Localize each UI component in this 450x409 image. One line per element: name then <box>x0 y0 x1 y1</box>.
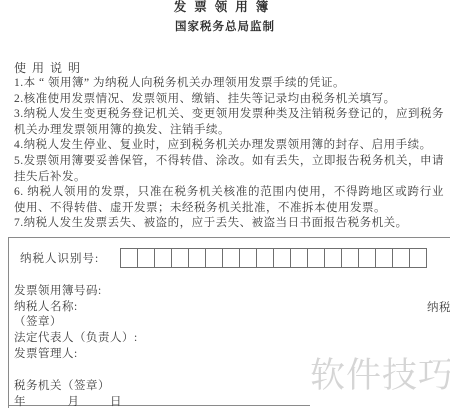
taxpayer-id-box <box>307 248 325 268</box>
taxpayer-id-box <box>409 248 427 268</box>
instruction-item: 3.纳税人发生变更税务登记机关、变更领用发票种类及注销税务登记的，应到税务机关办… <box>14 107 444 138</box>
invoice-manager-label: 发票管理人: <box>14 347 138 363</box>
taxpayer-id-box <box>120 248 138 268</box>
instruction-item: 2.核准使用发票情况、发票领用、缴销、挂失等记录均由税务机关填写。 <box>14 92 444 108</box>
form-fields: 发票领用簿号码: 纳税人名称: （签章） 法定代表人（负责人）: 发票管理人: <box>14 284 138 363</box>
document-subtitle: 国家税务总局监制 <box>0 18 450 34</box>
taxpayer-id-box <box>375 248 393 268</box>
tax-authority-seal-label: 税务机关（签章） <box>14 377 110 393</box>
legal-representative-label: 法定代表人（负责人）: <box>14 331 138 347</box>
taxpayer-id-box <box>392 248 410 268</box>
taxpayer-id-box <box>205 248 223 268</box>
instruction-item: 5.发票领用簿要妥善保管，不得转借、涂改。如有丢失，立即报告税务机关，申请挂失后… <box>14 154 444 185</box>
watermark-text: 软件技巧 <box>310 348 450 398</box>
taxpayer-id-box <box>358 248 376 268</box>
date-row: 年月日 <box>14 393 122 409</box>
taxpayer-id-boxes <box>120 248 426 268</box>
document-title: 发票领用簿 <box>0 0 450 15</box>
date-year-label: 年 <box>14 396 26 408</box>
taxpayer-id-box <box>273 248 291 268</box>
taxpayer-id-box <box>290 248 308 268</box>
taxpayer-id-box <box>171 248 189 268</box>
instruction-item: 7.纳税人发生发票丢失、被盗的，应于丢失、被盗当日书面报告税务机关。 <box>14 216 444 232</box>
right-edge-partial-text: 纳税 <box>427 299 450 315</box>
book-number-label: 发票领用簿号码: <box>14 284 138 300</box>
seal-label: （签章） <box>14 315 138 331</box>
taxpayer-id-box <box>222 248 240 268</box>
taxpayer-id-box <box>324 248 342 268</box>
instructions-list: 1.本 “ 领用簿” 为纳税人向税务机关办理领用发票手续的凭证。 2.核准使用发… <box>14 76 444 232</box>
document-page: 发票领用簿 国家税务总局监制 使用说明 1.本 “ 领用簿” 为纳税人向税务机关… <box>0 0 450 409</box>
date-month-label: 月 <box>68 396 80 408</box>
taxpayer-id-box <box>341 248 359 268</box>
taxpayer-id-label: 纳税人识别号: <box>20 250 99 266</box>
taxpayer-id-box <box>188 248 206 268</box>
taxpayer-id-box <box>154 248 172 268</box>
instruction-item: 1.本 “ 领用簿” 为纳税人向税务机关办理领用发票手续的凭证。 <box>14 76 444 92</box>
instruction-item: 6. 纳税人领用的发票，只准在税务机关核准的范围内使用，不得跨地区或跨行业使用、… <box>14 185 444 216</box>
taxpayer-id-box <box>239 248 257 268</box>
instruction-item: 4.纳税人发生停业、复业时，应到税务机关办理发票领用簿的封存、启用手续。 <box>14 138 444 154</box>
taxpayer-id-box <box>256 248 274 268</box>
date-day-label: 日 <box>110 396 122 408</box>
taxpayer-id-box <box>137 248 155 268</box>
taxpayer-name-label: 纳税人名称: <box>14 300 138 316</box>
instructions-heading: 使用说明 <box>14 59 86 76</box>
